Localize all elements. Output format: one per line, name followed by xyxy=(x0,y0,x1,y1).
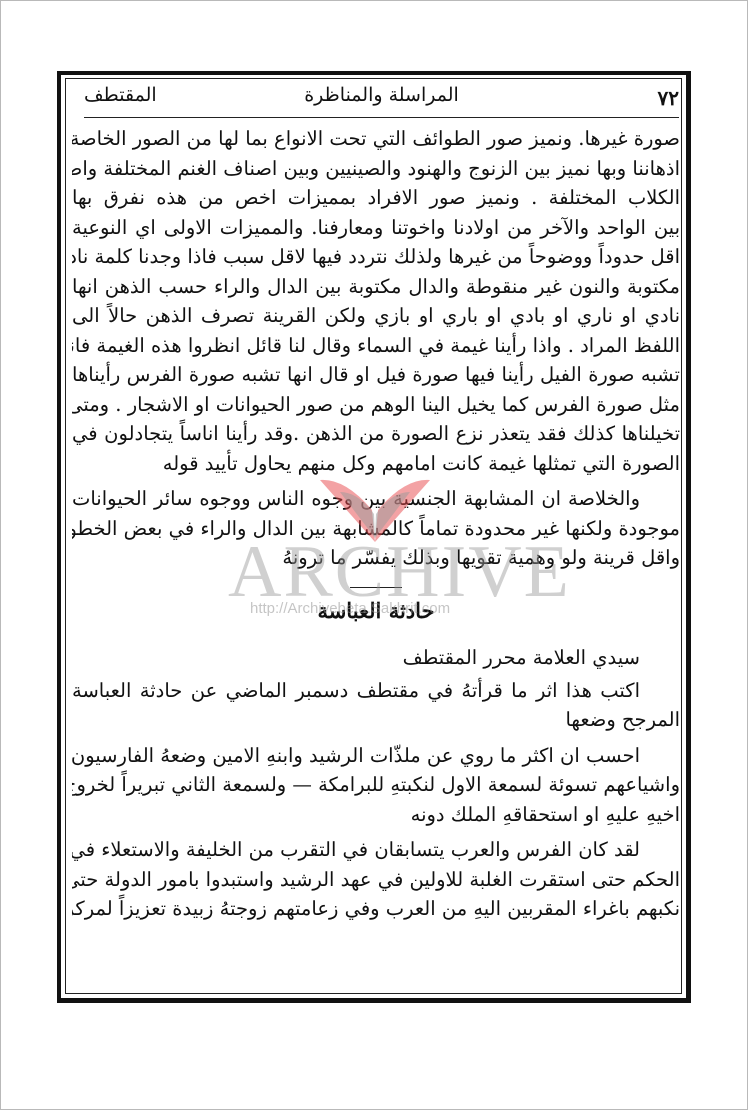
page-body: صورة غيرها. ونميز صور الطوائف التي تحت ا… xyxy=(72,124,680,924)
article-salutation: سيدي العلامة محرر المقتطف xyxy=(72,640,680,676)
text-line: المرجح وضعها xyxy=(72,705,680,735)
text-line: احسب ان اكثر ما روي عن ملذّات الرشيد واب… xyxy=(72,741,680,771)
text-line: بين الواحد والآخر من اولادنا واخوتنا ومع… xyxy=(72,213,680,243)
paragraph-2: والخلاصة ان المشابهة الجنسية بين وجوه ال… xyxy=(72,484,680,573)
text-line: اخيهِ عليهِ او استحقاقهِ الملك دونه xyxy=(72,800,680,830)
text-line: تشبه صورة الفيل رأينا فيها صورة فيل او ق… xyxy=(72,360,680,390)
text-line: موجودة ولكنها غير محدودة تماماً كالمشابه… xyxy=(72,514,680,544)
text-line: الكلاب المختلفة . ونميز صور الافراد بممي… xyxy=(72,183,680,213)
text-line: اللفظ المراد . واذا رأينا غيمة في السماء… xyxy=(72,331,680,361)
text-line: واشياعهم تسوئة لسمعة الاول لنكبتهِ للبرا… xyxy=(72,770,680,800)
text-line: تخيلناها كذلك فقد يتعذر نزع الصورة من ال… xyxy=(72,419,680,449)
text-line: الصورة التي تمثلها غيمة كانت امامهم وكل … xyxy=(72,449,680,479)
paragraph-1: صورة غيرها. ونميز صور الطوائف التي تحت ا… xyxy=(72,124,680,478)
text-line: اذهاننا وبها نميز بين الزنوج والهنود وال… xyxy=(72,154,680,184)
text-line: مثل صورة الفرس كما يخيل الينا الوهم من ص… xyxy=(72,390,680,420)
text-line: مكتوبة والنون غير منقوطة والدال مكتوبة ب… xyxy=(72,272,680,302)
text-line: الحكم حتى استقرت الغلبة للاولين في عهد ا… xyxy=(72,865,680,895)
article-paragraph-3: لقد كان الفرس والعرب يتسابقان في التقرب … xyxy=(72,835,680,924)
text-line: واقل قرينة ولو وهمية تقويها وبذلك يفسّر … xyxy=(72,543,680,573)
article-title: حادثة العباسة xyxy=(72,594,680,628)
article-paragraph-1: اكتب هذا اثر ما قرأتهُ في مقتطف دسمبر ال… xyxy=(72,676,680,735)
section-divider xyxy=(350,587,402,588)
text-line: والخلاصة ان المشابهة الجنسية بين وجوه ال… xyxy=(72,484,680,514)
text-line: لقد كان الفرس والعرب يتسابقان في التقرب … xyxy=(72,835,680,865)
section-title: المراسلة والمناظرة xyxy=(84,84,679,106)
text-line: نكبهم باغراء المقربين اليهِ من العرب وفي… xyxy=(72,894,680,924)
running-header: ٧٢ المراسلة والمناظرة المقتطف xyxy=(84,84,679,114)
text-line: اكتب هذا اثر ما قرأتهُ في مقتطف دسمبر ال… xyxy=(72,676,680,706)
text-line: نادي او ناري او بادي او باري او بازي ولك… xyxy=(72,301,680,331)
header-rule xyxy=(84,117,679,118)
journal-name: المقتطف xyxy=(84,84,157,106)
text-line: اقل حدوداً ووضوحاً من غيرها ولذلك نتردد … xyxy=(72,242,680,272)
text-line: صورة غيرها. ونميز صور الطوائف التي تحت ا… xyxy=(72,124,680,154)
article-paragraph-2: احسب ان اكثر ما روي عن ملذّات الرشيد واب… xyxy=(72,741,680,830)
